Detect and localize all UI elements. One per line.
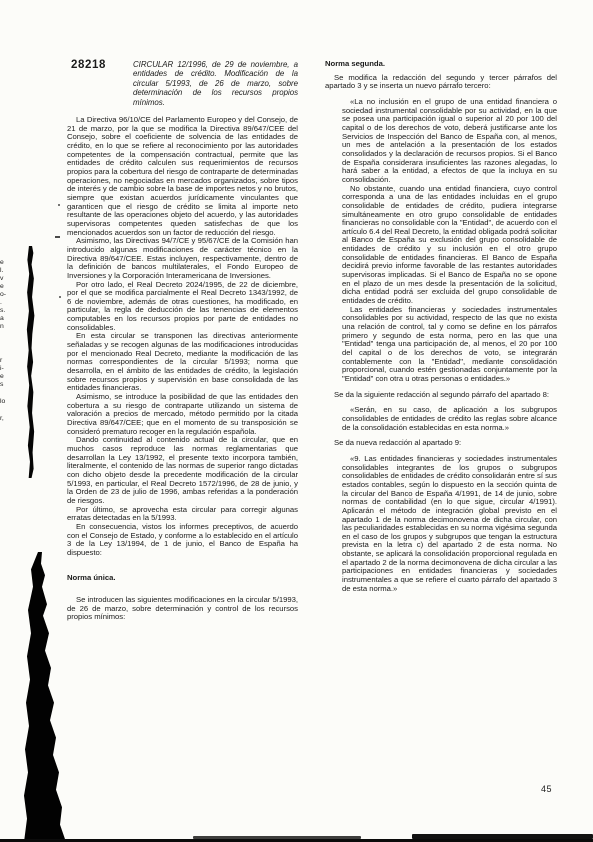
scan-speck xyxy=(59,296,61,298)
section-heading-norma-unica: Norma única. xyxy=(67,574,298,583)
quote-paragraph: «Serán, en su caso, de aplicación a los … xyxy=(342,406,557,432)
quoted-provision-block: «9. Las entidades financieras y sociedad… xyxy=(342,455,557,594)
body-paragraph: En esta circular se transponen las direc… xyxy=(67,332,298,393)
quote-paragraph: «La no inclusión en el grupo de una enti… xyxy=(342,98,557,185)
binding-shadow-artifact xyxy=(24,246,37,478)
body-paragraph: Por último, se aprovecha esta circular p… xyxy=(67,506,298,523)
body-paragraph: Dando continuidad al contenido actual de… xyxy=(67,436,298,505)
cutoff-text-fragments: e l. v e o- . s. a n xyxy=(0,259,11,331)
scan-smudge xyxy=(412,834,593,839)
article-title: CIRCULAR 12/1996, de 29 de noviembre, a … xyxy=(133,60,298,107)
body-paragraph: La Directiva 96/10/CE del Parlamento Eur… xyxy=(67,116,298,237)
cutoff-text-fragments: r i- e s xyxy=(0,357,11,389)
quote-paragraph: Las entidades financieras y sociedades i… xyxy=(342,306,557,384)
left-column: 28218 CIRCULAR 12/1996, de 29 de noviemb… xyxy=(67,60,298,622)
article-number: 28218 xyxy=(67,60,133,107)
body-paragraph: Se da nueva redacción al apartado 9: xyxy=(325,439,557,448)
body-paragraph: Por otro lado, el Real Decreto 2024/1995… xyxy=(67,281,298,333)
body-paragraph: Asimismo, se introduce la posibilidad de… xyxy=(67,393,298,436)
scan-smudge xyxy=(193,836,361,839)
cutoff-text-fragments: lo r, xyxy=(0,398,11,424)
body-paragraph: Se introducen las siguientes modificacio… xyxy=(67,596,298,622)
quoted-provision-block: «La no inclusión en el grupo de una enti… xyxy=(342,98,557,384)
right-column: Norma segunda. Se modifica la redacción … xyxy=(325,60,557,600)
quoted-provision-block: «Serán, en su caso, de aplicación a los … xyxy=(342,406,557,432)
scan-speck xyxy=(58,204,60,206)
body-paragraph: Se da la siguiente redacción al segundo … xyxy=(325,391,557,400)
section-heading-norma-segunda: Norma segunda. xyxy=(325,60,557,69)
scan-speck xyxy=(55,236,60,238)
body-paragraph: Se modifica la redacción del segundo y t… xyxy=(325,74,557,91)
body-paragraph: Asimismo, las Directivas 94/7/CE y 95/67… xyxy=(67,237,298,280)
quote-paragraph: «9. Las entidades financieras y sociedad… xyxy=(342,455,557,594)
body-paragraph: En consecuencia, vistos los informes pre… xyxy=(67,523,298,558)
page-number: 45 xyxy=(541,784,552,794)
binding-shadow-artifact xyxy=(20,552,70,842)
scanned-gazette-page: 28218 CIRCULAR 12/1996, de 29 de noviemb… xyxy=(0,0,593,842)
quote-paragraph: No obstante, cuando una entidad financie… xyxy=(342,185,557,306)
article-header: 28218 CIRCULAR 12/1996, de 29 de noviemb… xyxy=(67,60,298,107)
